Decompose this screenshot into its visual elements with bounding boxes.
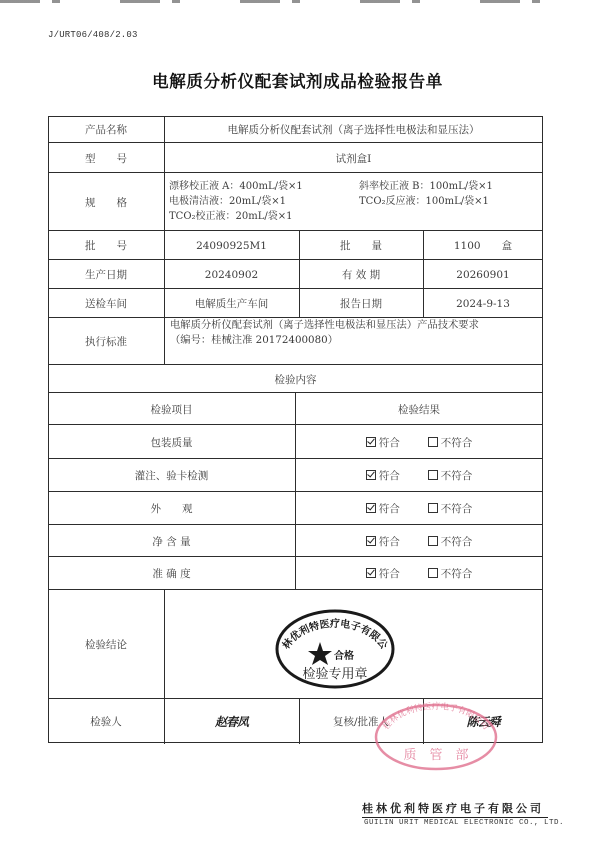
- report-date-label: 报告日期: [299, 289, 423, 318]
- checkbox-checked-icon: [366, 437, 376, 447]
- checkbox-checked-icon: [366, 470, 376, 480]
- row-inspection-header: 检验项目 检验结果: [48, 392, 543, 425]
- checkbox-checked-icon: [366, 568, 376, 578]
- pass-checkbox[interactable]: 符合: [366, 566, 400, 581]
- fail-checkbox[interactable]: 不符合: [428, 435, 473, 450]
- company-name-cn: 桂林优利特医疗电子有限公司: [362, 800, 548, 818]
- spec-line: 漂移校正液 A：400mL/袋×1斜率校正液 B：100mL/袋×1: [169, 179, 543, 194]
- conclusion-label: 检验结论: [48, 590, 164, 699]
- pass-label: 符合: [379, 437, 400, 449]
- scan-edge-artifact: [0, 0, 595, 3]
- row-model: 型 号 试剂盒Ⅰ: [48, 142, 543, 173]
- spec-line: TCO₂校正液：20mL/袋×1: [169, 209, 543, 224]
- inspection-row: 包装质量 符合 不符合: [48, 424, 543, 459]
- standard-line-1: 电解质分析仪配套试剂（离子选择性电极法和显压法）产品技术要求: [170, 318, 479, 333]
- stamp-center-text: 合格: [334, 649, 354, 662]
- pass-checkbox[interactable]: 符合: [366, 435, 400, 450]
- row-standard: 执行标准 电解质分析仪配套试剂（离子选择性电极法和显压法）产品技术要求 （编号：…: [48, 317, 543, 365]
- stamp-bottom-text: 检验专用章: [302, 666, 367, 682]
- checkbox-checked-icon: [366, 536, 376, 546]
- svg-text:桂林优利特医疗电子有限公司: 桂林优利特医疗电子有限公司: [381, 701, 491, 732]
- row-product-name: 产品名称 电解质分析仪配套试剂（离子选择性电极法和显压法）: [48, 116, 543, 142]
- pass-label: 符合: [379, 470, 400, 482]
- row-workshop: 送检车间 电解质生产车间 报告日期 2024-9-13: [48, 288, 543, 318]
- fail-checkbox[interactable]: 不符合: [428, 566, 473, 581]
- fail-label: 不符合: [441, 437, 473, 449]
- inspection-row: 净 含 量 符合 不符合: [48, 524, 543, 557]
- row-spec: 规 格 漂移校正液 A：400mL/袋×1斜率校正液 B：100mL/袋×1 电…: [48, 172, 543, 231]
- spec-tco2-reagent: TCO₂反应液：100mL/袋×1: [359, 196, 489, 207]
- pass-checkbox[interactable]: 符合: [366, 534, 400, 549]
- spec-list: 漂移校正液 A：400mL/袋×1斜率校正液 B：100mL/袋×1 电极清洁液…: [164, 173, 543, 231]
- pass-label: 符合: [379, 503, 400, 515]
- pass-checkbox[interactable]: 符合: [366, 468, 400, 483]
- col-inspection-result: 检验结果: [295, 393, 543, 425]
- checkbox-empty-icon: [428, 503, 438, 513]
- product-name-value: 电解质分析仪配套试剂（离子选择性电极法和显压法）: [164, 116, 543, 142]
- fail-checkbox[interactable]: 不符合: [428, 534, 473, 549]
- spec-electrode-cleaner: 电极清洁液：20mL/袋×1: [169, 194, 359, 209]
- document-title: 电解质分析仪配套试剂成品检验报告单: [0, 68, 595, 92]
- inspection-result: 符合 不符合: [295, 459, 543, 492]
- inspector-label: 检验人: [48, 699, 164, 744]
- qa-department-stamp: 桂林优利特医疗电子有限公司 质 管 部: [372, 697, 500, 771]
- spec-drift-calibrator: 漂移校正液 A：400mL/袋×1: [169, 179, 359, 194]
- row-dates: 生产日期 20240902 有 效 期 20260901: [48, 259, 543, 289]
- fail-label: 不符合: [441, 503, 473, 515]
- fail-label: 不符合: [441, 536, 473, 548]
- fail-checkbox[interactable]: 不符合: [428, 468, 473, 483]
- checkbox-checked-icon: [366, 503, 376, 513]
- inspection-item-name: 准 确 度: [48, 557, 295, 590]
- production-date-value: 20240902: [164, 260, 299, 289]
- fail-label: 不符合: [441, 568, 473, 580]
- inspection-row: 外 观 符合 不符合: [48, 491, 543, 525]
- standard-value: 电解质分析仪配套试剂（离子选择性电极法和显压法）产品技术要求 （编号：桂械注准 …: [164, 318, 543, 365]
- red-stamp-center-text: 质 管 部: [403, 748, 468, 763]
- inspection-row: 准 确 度 符合 不符合: [48, 556, 543, 590]
- model-label: 型 号: [48, 143, 164, 173]
- standard-label: 执行标准: [48, 318, 164, 365]
- checkbox-empty-icon: [428, 536, 438, 546]
- workshop-label: 送检车间: [48, 289, 164, 318]
- pass-label: 符合: [379, 568, 400, 580]
- spec-label: 规 格: [48, 173, 164, 231]
- pass-checkbox[interactable]: 符合: [366, 501, 400, 516]
- inspection-result: 符合 不符合: [295, 492, 543, 525]
- star-icon: [308, 642, 332, 665]
- inspection-result: 符合 不符合: [295, 557, 543, 590]
- model-value: 试剂盒Ⅰ: [164, 143, 543, 173]
- company-name-en: GUILIN URIT MEDICAL ELECTRONIC CO., LTD.: [364, 819, 564, 827]
- fail-checkbox[interactable]: 不符合: [428, 501, 473, 516]
- checkbox-empty-icon: [428, 437, 438, 447]
- checkbox-empty-icon: [428, 470, 438, 480]
- production-date-label: 生产日期: [48, 260, 164, 289]
- inspection-result: 符合 不符合: [295, 525, 543, 557]
- product-name-label: 产品名称: [48, 116, 164, 142]
- red-stamp-ring-text: 桂林优利特医疗电子有限公司: [381, 701, 491, 732]
- report-date-value: 2024-9-13: [423, 289, 543, 318]
- batch-label: 批 号: [48, 231, 164, 260]
- expiry-value: 20260901: [423, 260, 543, 289]
- inspection-section-title: 检验内容: [48, 365, 543, 393]
- inspection-item-name: 灌注、验卡检测: [48, 459, 295, 492]
- standard-line-2: （编号：桂械注准 20172400080）: [170, 333, 338, 348]
- col-inspection-item: 检验项目: [48, 393, 295, 425]
- spec-line: 电极清洁液：20mL/袋×1TCO₂反应液：100mL/袋×1: [169, 194, 543, 209]
- inspection-item-name: 外 观: [48, 492, 295, 525]
- row-batch: 批 号 24090925M1 批 量 1100 盒: [48, 230, 543, 260]
- document-code: J/URT06/408/2.03: [48, 30, 138, 40]
- workshop-value: 电解质生产车间: [164, 289, 299, 318]
- quantity-label: 批 量: [299, 231, 423, 260]
- inspector-signature: 赵春凤: [164, 699, 299, 744]
- spec-tco2-calibrator: TCO₂校正液：20mL/袋×1: [169, 209, 359, 224]
- inspection-seal-stamp: 桂林优利特医疗电子有限公司 合格 检验专用章: [272, 604, 398, 692]
- inspection-row: 灌注、验卡检测 符合 不符合: [48, 458, 543, 492]
- expiry-label: 有 效 期: [299, 260, 423, 289]
- quantity-value: 1100 盒: [423, 231, 543, 260]
- inspection-item-name: 净 含 量: [48, 525, 295, 557]
- inspection-result: 符合 不符合: [295, 425, 543, 459]
- batch-value: 24090925M1: [164, 231, 299, 260]
- fail-label: 不符合: [441, 470, 473, 482]
- spec-slope-calibrator: 斜率校正液 B：100mL/袋×1: [359, 181, 493, 192]
- checkbox-empty-icon: [428, 568, 438, 578]
- inspection-item-name: 包装质量: [48, 425, 295, 459]
- pass-label: 符合: [379, 536, 400, 548]
- row-section-title: 检验内容: [48, 364, 543, 393]
